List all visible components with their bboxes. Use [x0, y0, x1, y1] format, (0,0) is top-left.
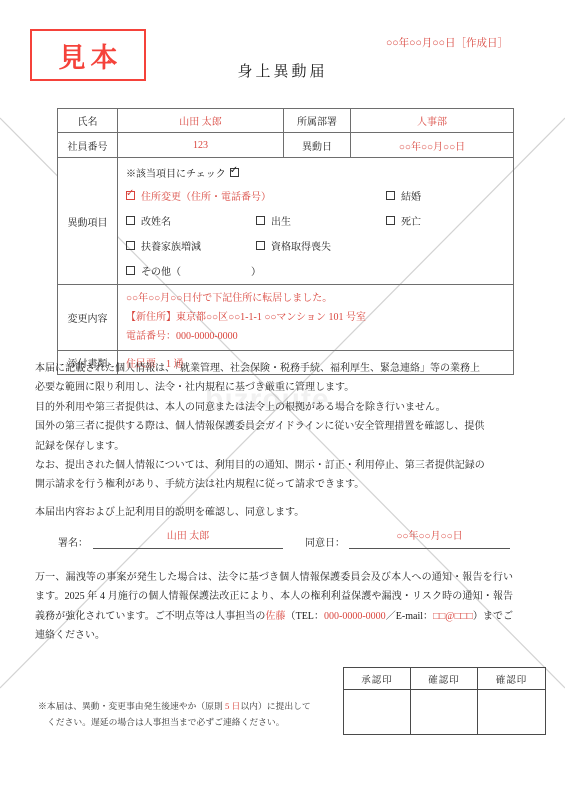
confirm-seal-header-2: 確認印	[478, 668, 546, 690]
form-table: 氏名 山田 太郎 所属部署 人事部 社員番号 123 異動日 ○○年○○月○○日…	[57, 108, 514, 375]
checkbox-icon	[386, 216, 395, 225]
change-date-label: 異動日	[284, 133, 351, 158]
option-qualification: 資格取得喪失	[256, 238, 386, 253]
consent-date-field: ○○年○○月○○日	[349, 526, 510, 549]
note-line-2: ください。遅延の場合は人事担当まで必ずご連絡ください。	[38, 715, 348, 731]
page-title: 身上異動届	[0, 60, 565, 81]
checkbox-example-icon	[230, 168, 239, 177]
contact-tel: 000-0000-0000	[324, 611, 386, 622]
change-items-label: 異動項目	[58, 158, 118, 285]
deadline-days: 5 日	[225, 701, 240, 711]
change-items-cell: ※該当項目にチェック 住所変更（住所・電話番号） 結婚 改姓名	[118, 158, 514, 285]
document-page: bizroute 見本 ○○年○○月○○日［作成日］ 身上異動届 氏名 山田 太…	[0, 0, 565, 800]
empno-value: 123	[118, 133, 284, 158]
change-date-value: ○○年○○月○○日	[351, 133, 514, 158]
signature-field: 山田 太郎	[93, 526, 283, 549]
checkbox-grid: 住所変更（住所・電話番号） 結婚 改姓名 出生	[126, 188, 505, 278]
row-empno-date: 社員番号 123 異動日 ○○年○○月○○日	[58, 133, 514, 158]
option-death: 死亡	[386, 213, 505, 228]
option-birth: 出生	[256, 213, 386, 228]
consent-date-label: 同意日：	[305, 534, 345, 549]
option-dependents: 扶養家族増減	[126, 238, 256, 253]
created-date: ○○年○○月○○日［作成日］	[386, 35, 508, 50]
row-change-details: 変更内容 ○○年○○月○○日付で下記住所に転居しました。 【新住所】東京都○○区…	[58, 285, 514, 351]
option-other: その他（）	[126, 263, 505, 278]
checkbox-icon	[256, 216, 265, 225]
note-line-1: ※本届は、異動・変更事由発生後速やか（原則 5 日以内）に提出して	[38, 699, 348, 715]
approval-header-row: 承認印 確認印 確認印	[344, 668, 546, 690]
dept-label: 所属部署	[284, 109, 351, 133]
row-name-dept: 氏名 山田 太郎 所属部署 人事部	[58, 109, 514, 133]
approval-seal-cell	[344, 690, 411, 735]
signature-label: 署名：	[58, 534, 88, 549]
empno-label: 社員番号	[58, 133, 118, 158]
checkbox-icon	[126, 241, 135, 250]
checkbox-icon	[126, 266, 135, 275]
option-address-change: 住所変更（住所・電話番号）	[126, 188, 386, 203]
name-label: 氏名	[58, 109, 118, 133]
name-value: 山田 太郎	[118, 109, 284, 133]
change-details-label: 変更内容	[58, 285, 118, 351]
row-change-items: 異動項目 ※該当項目にチェック 住所変更（住所・電話番号） 結婚	[58, 158, 514, 285]
incident-contact-paragraph: 万一、漏洩等の事案が発生した場合は、法令に基づき個人情報保護委員会及び本人への通…	[35, 568, 513, 646]
approval-seal-header: 承認印	[344, 668, 411, 690]
contact-email: □□@□□□	[433, 611, 473, 622]
checkbox-icon	[126, 191, 135, 200]
approval-seal-row	[344, 690, 546, 735]
confirm-seal-header-1: 確認印	[411, 668, 478, 690]
approval-stamp-table: 承認印 確認印 確認印	[343, 667, 546, 735]
privacy-policy-paragraph: 本届に記載された個人情報は、「就業管理、社会保険・税務手続、福利厚生、緊急連絡」…	[35, 359, 513, 495]
check-instruction: ※該当項目にチェック	[126, 165, 505, 180]
checkbox-icon	[386, 191, 395, 200]
option-name-change: 改姓名	[126, 213, 256, 228]
confirm-seal-cell-2	[478, 690, 546, 735]
contact-person-name: 佐藤	[265, 611, 285, 622]
option-marriage: 結婚	[386, 188, 505, 203]
dept-value: 人事部	[351, 109, 514, 133]
checkbox-icon	[256, 241, 265, 250]
submission-deadline-note: ※本届は、異動・変更事由発生後速やか（原則 5 日以内）に提出して ください。遅…	[38, 699, 348, 730]
consent-statement: 本届出内容および上記利用目的説明を確認し、同意します。	[35, 503, 304, 518]
confirm-seal-cell-1	[411, 690, 478, 735]
change-details-value: ○○年○○月○○日付で下記住所に転居しました。 【新住所】東京都○○区○○1-1…	[118, 285, 514, 351]
checkbox-icon	[126, 216, 135, 225]
